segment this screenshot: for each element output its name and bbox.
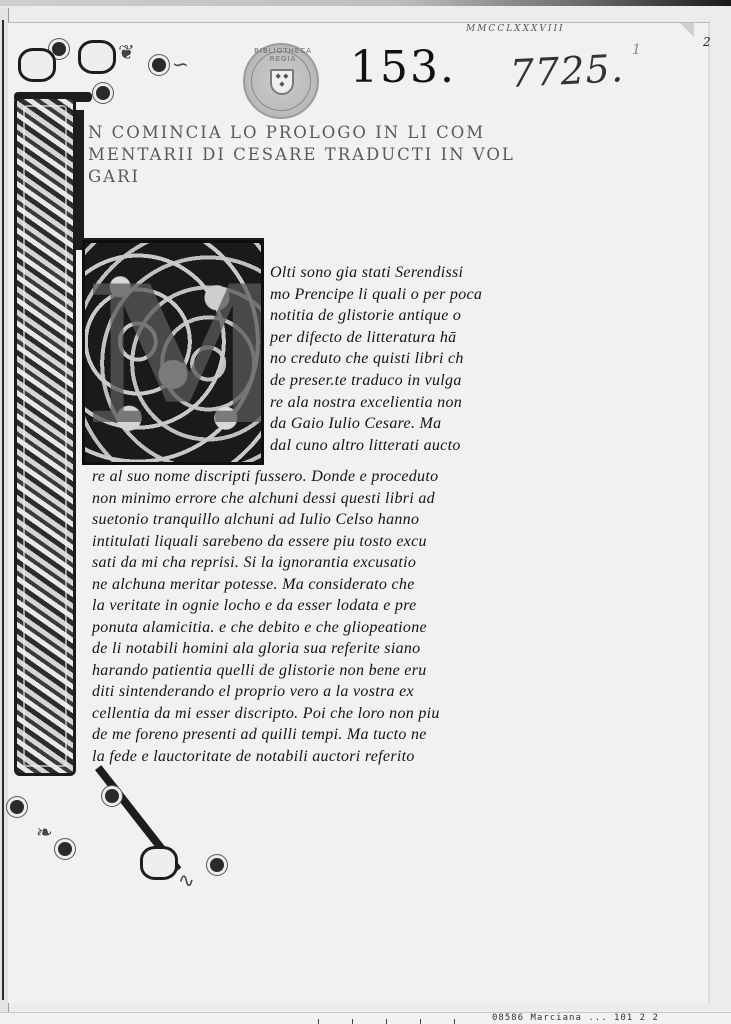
text-line: la veritate in ognie locho e da esser lo… <box>92 595 440 617</box>
vine-flourish-icon: ❦ <box>118 40 135 64</box>
rosette-icon <box>52 42 66 56</box>
rubric-heading: N COMINCIA LO PROLOGO IN LI COM MENTARII… <box>88 122 528 188</box>
text-line: ne alchuna meritar potesse. Ma considera… <box>92 574 440 596</box>
rubric-line: MENTARII DI CESARE TRADUCTI IN VOL <box>88 144 528 166</box>
text-line: cellentia da mi esser discripto. Poi che… <box>92 703 440 725</box>
text-line: Olti sono gia stati Serendissi <box>270 262 482 284</box>
text-line: sati da mi cha reprisi. Si la ignorantia… <box>92 552 440 574</box>
scale-tick <box>352 1019 386 1024</box>
rosette-icon <box>10 800 24 814</box>
text-line: intitulati liquali sarebeno da essere pi… <box>92 531 440 553</box>
rosette-icon <box>210 858 224 872</box>
shelfmark-number: 153. <box>350 46 456 90</box>
text-line: per difecto de litteratura hā <box>270 327 482 349</box>
rosette-icon <box>58 842 72 856</box>
folio-roman-numeral: MMCCLXXXVIII <box>466 24 565 34</box>
vine-flourish-icon: ∽ <box>172 52 189 76</box>
text-line: non minimo errore che alchuni dessi ques… <box>92 488 440 510</box>
page-number: 2 <box>703 35 711 49</box>
text-line: dal cuno altro litterati aucto <box>270 435 482 457</box>
text-line: la fede e lauctoritate de notabili aucto… <box>92 746 440 768</box>
rosette-icon <box>152 58 166 72</box>
initial-stem <box>76 110 84 250</box>
library-stamp: BIBLIOTHECA REGIA <box>243 43 319 119</box>
rosette-icon <box>96 86 110 100</box>
text-line: ponuta alamicitia. e che debito e che gl… <box>92 617 440 639</box>
text-line: diti sintenderando el proprio vero a la … <box>92 681 440 703</box>
illuminated-initial: M <box>82 240 264 465</box>
vine-flourish-icon: ❧ <box>36 820 53 844</box>
text-line: harando patientia quelli de glistorie no… <box>92 660 440 682</box>
scale-ticks <box>318 1014 488 1024</box>
rubric-line: N COMINCIA LO PROLOGO IN LI COM <box>88 122 528 144</box>
text-line: no creduto che quisti libri ch <box>270 348 482 370</box>
text-column-beside-initial: Olti sono gia stati Serendissi mo Prenci… <box>270 262 482 456</box>
scroll-knob-icon <box>140 846 178 880</box>
catalogue-number: 7725. <box>509 49 625 93</box>
scale-tick <box>420 1019 454 1024</box>
text-line: mo Prencipe li quali o per poca <box>270 284 482 306</box>
folded-corner <box>680 23 694 37</box>
scale-tick <box>454 1019 488 1024</box>
text-line: re ala nostra excelientia non <box>270 392 482 414</box>
stamp-text: BIBLIOTHECA REGIA <box>253 47 313 63</box>
scale-tick <box>386 1019 420 1024</box>
interlace-border <box>14 96 76 776</box>
text-line: de preser.te traduco in vulga <box>270 370 482 392</box>
rosette-icon <box>105 789 119 803</box>
text-line: suetonio tranquillo alchuni ad Iulio Cel… <box>92 509 440 531</box>
fleur-de-lis-shield-icon <box>270 69 294 95</box>
scale-tick <box>318 1019 352 1024</box>
text-line: notitia de glistorie antique o <box>270 305 482 327</box>
text-line: de li notabili homini ala gloria sua ref… <box>92 638 440 660</box>
rubric-line: GARI <box>88 166 528 188</box>
photo-scale-strip: 08586 Marciana ... 101 2 2 <box>0 1012 731 1024</box>
pencil-mark: 1 <box>632 42 641 58</box>
text-column-full: re al suo nome discripti fussero. Donde … <box>92 466 440 767</box>
initial-letter: M <box>85 243 261 465</box>
scroll-knob-icon <box>18 48 56 82</box>
vine-flourish-icon: ∿ <box>178 868 195 892</box>
text-line: da Gaio Iulio Cesare. Ma <box>270 413 482 435</box>
text-line: de me foreno presenti ad quilli tempi. M… <box>92 724 440 746</box>
photo-reference-label: 08586 Marciana ... 101 2 2 <box>492 1013 659 1024</box>
scroll-knob-icon <box>78 40 116 74</box>
text-line: re al suo nome discripti fussero. Donde … <box>92 466 440 488</box>
